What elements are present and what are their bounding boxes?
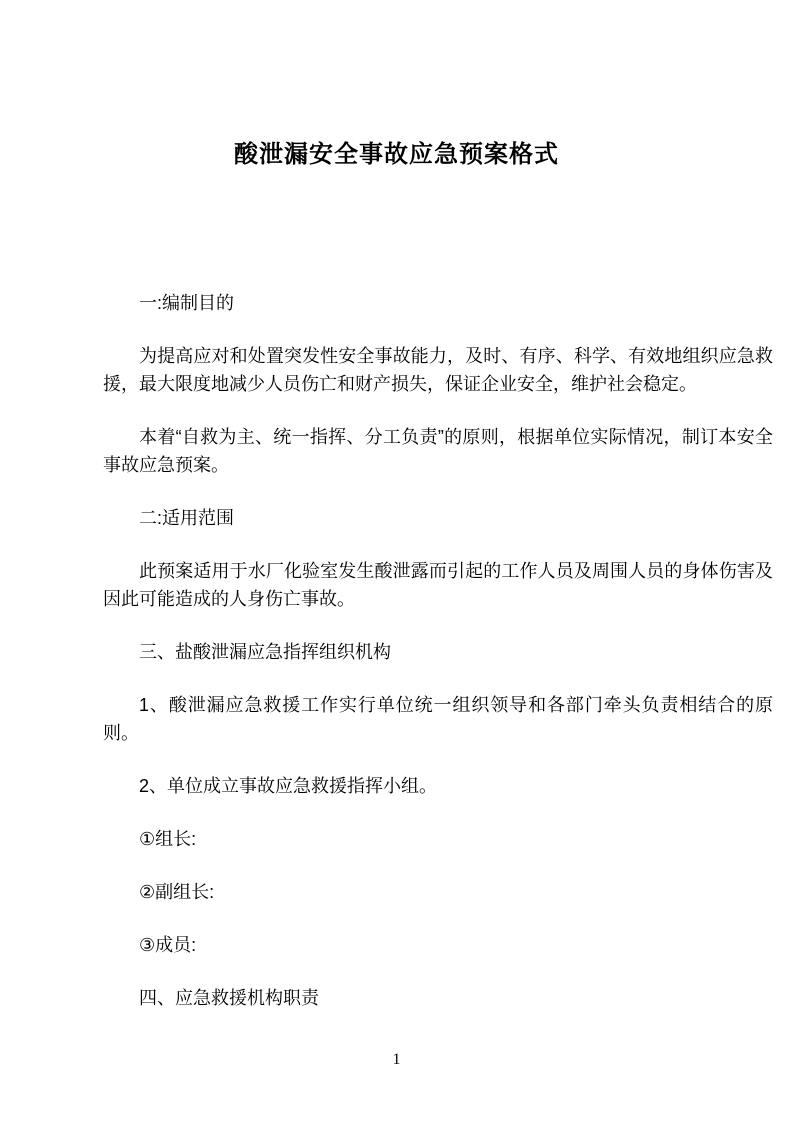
document-body: 一:编制目的 为提高应对和处置突发性安全事故能力，及时、有序、科学、有效地组织应…	[103, 289, 773, 1012]
document-title: 酸泄漏安全事故应急预案格式	[0, 0, 793, 171]
section-3-heading: 三、盐酸泄漏应急指挥组织机构	[103, 638, 773, 666]
paragraph-principle: 本着“自救为主、统一指挥、分工负责”的原则，根据单位实际情况，制订本安全事故应急…	[103, 423, 773, 479]
item-deputy-leader: ②副组长:	[103, 878, 773, 906]
item-members: ③成员:	[103, 931, 773, 959]
paragraph-scope: 此预案适用于水厂化验室发生酸泄露而引起的工作人员及周围人员的身体伤害及因此可能造…	[103, 557, 773, 613]
section-4-heading: 四、应急救援机构职责	[103, 984, 773, 1012]
section-1-heading: 一:编制目的	[103, 289, 773, 317]
item-1-rescue-principle: 1、酸泄漏应急救援工作实行单位统一组织领导和各部门牵头负责相结合的原则。	[103, 691, 773, 747]
item-2-command-team: 2、单位成立事故应急救援指挥小组。	[103, 772, 773, 800]
item-team-leader: ①组长:	[103, 825, 773, 853]
paragraph-purpose: 为提高应对和处置突发性安全事故能力，及时、有序、科学、有效地组织应急救援，最大限…	[103, 342, 773, 398]
page-number: 1	[0, 1050, 793, 1070]
document-page: 酸泄漏安全事故应急预案格式 一:编制目的 为提高应对和处置突发性安全事故能力，及…	[0, 0, 793, 1122]
section-2-heading: 二:适用范围	[103, 504, 773, 532]
